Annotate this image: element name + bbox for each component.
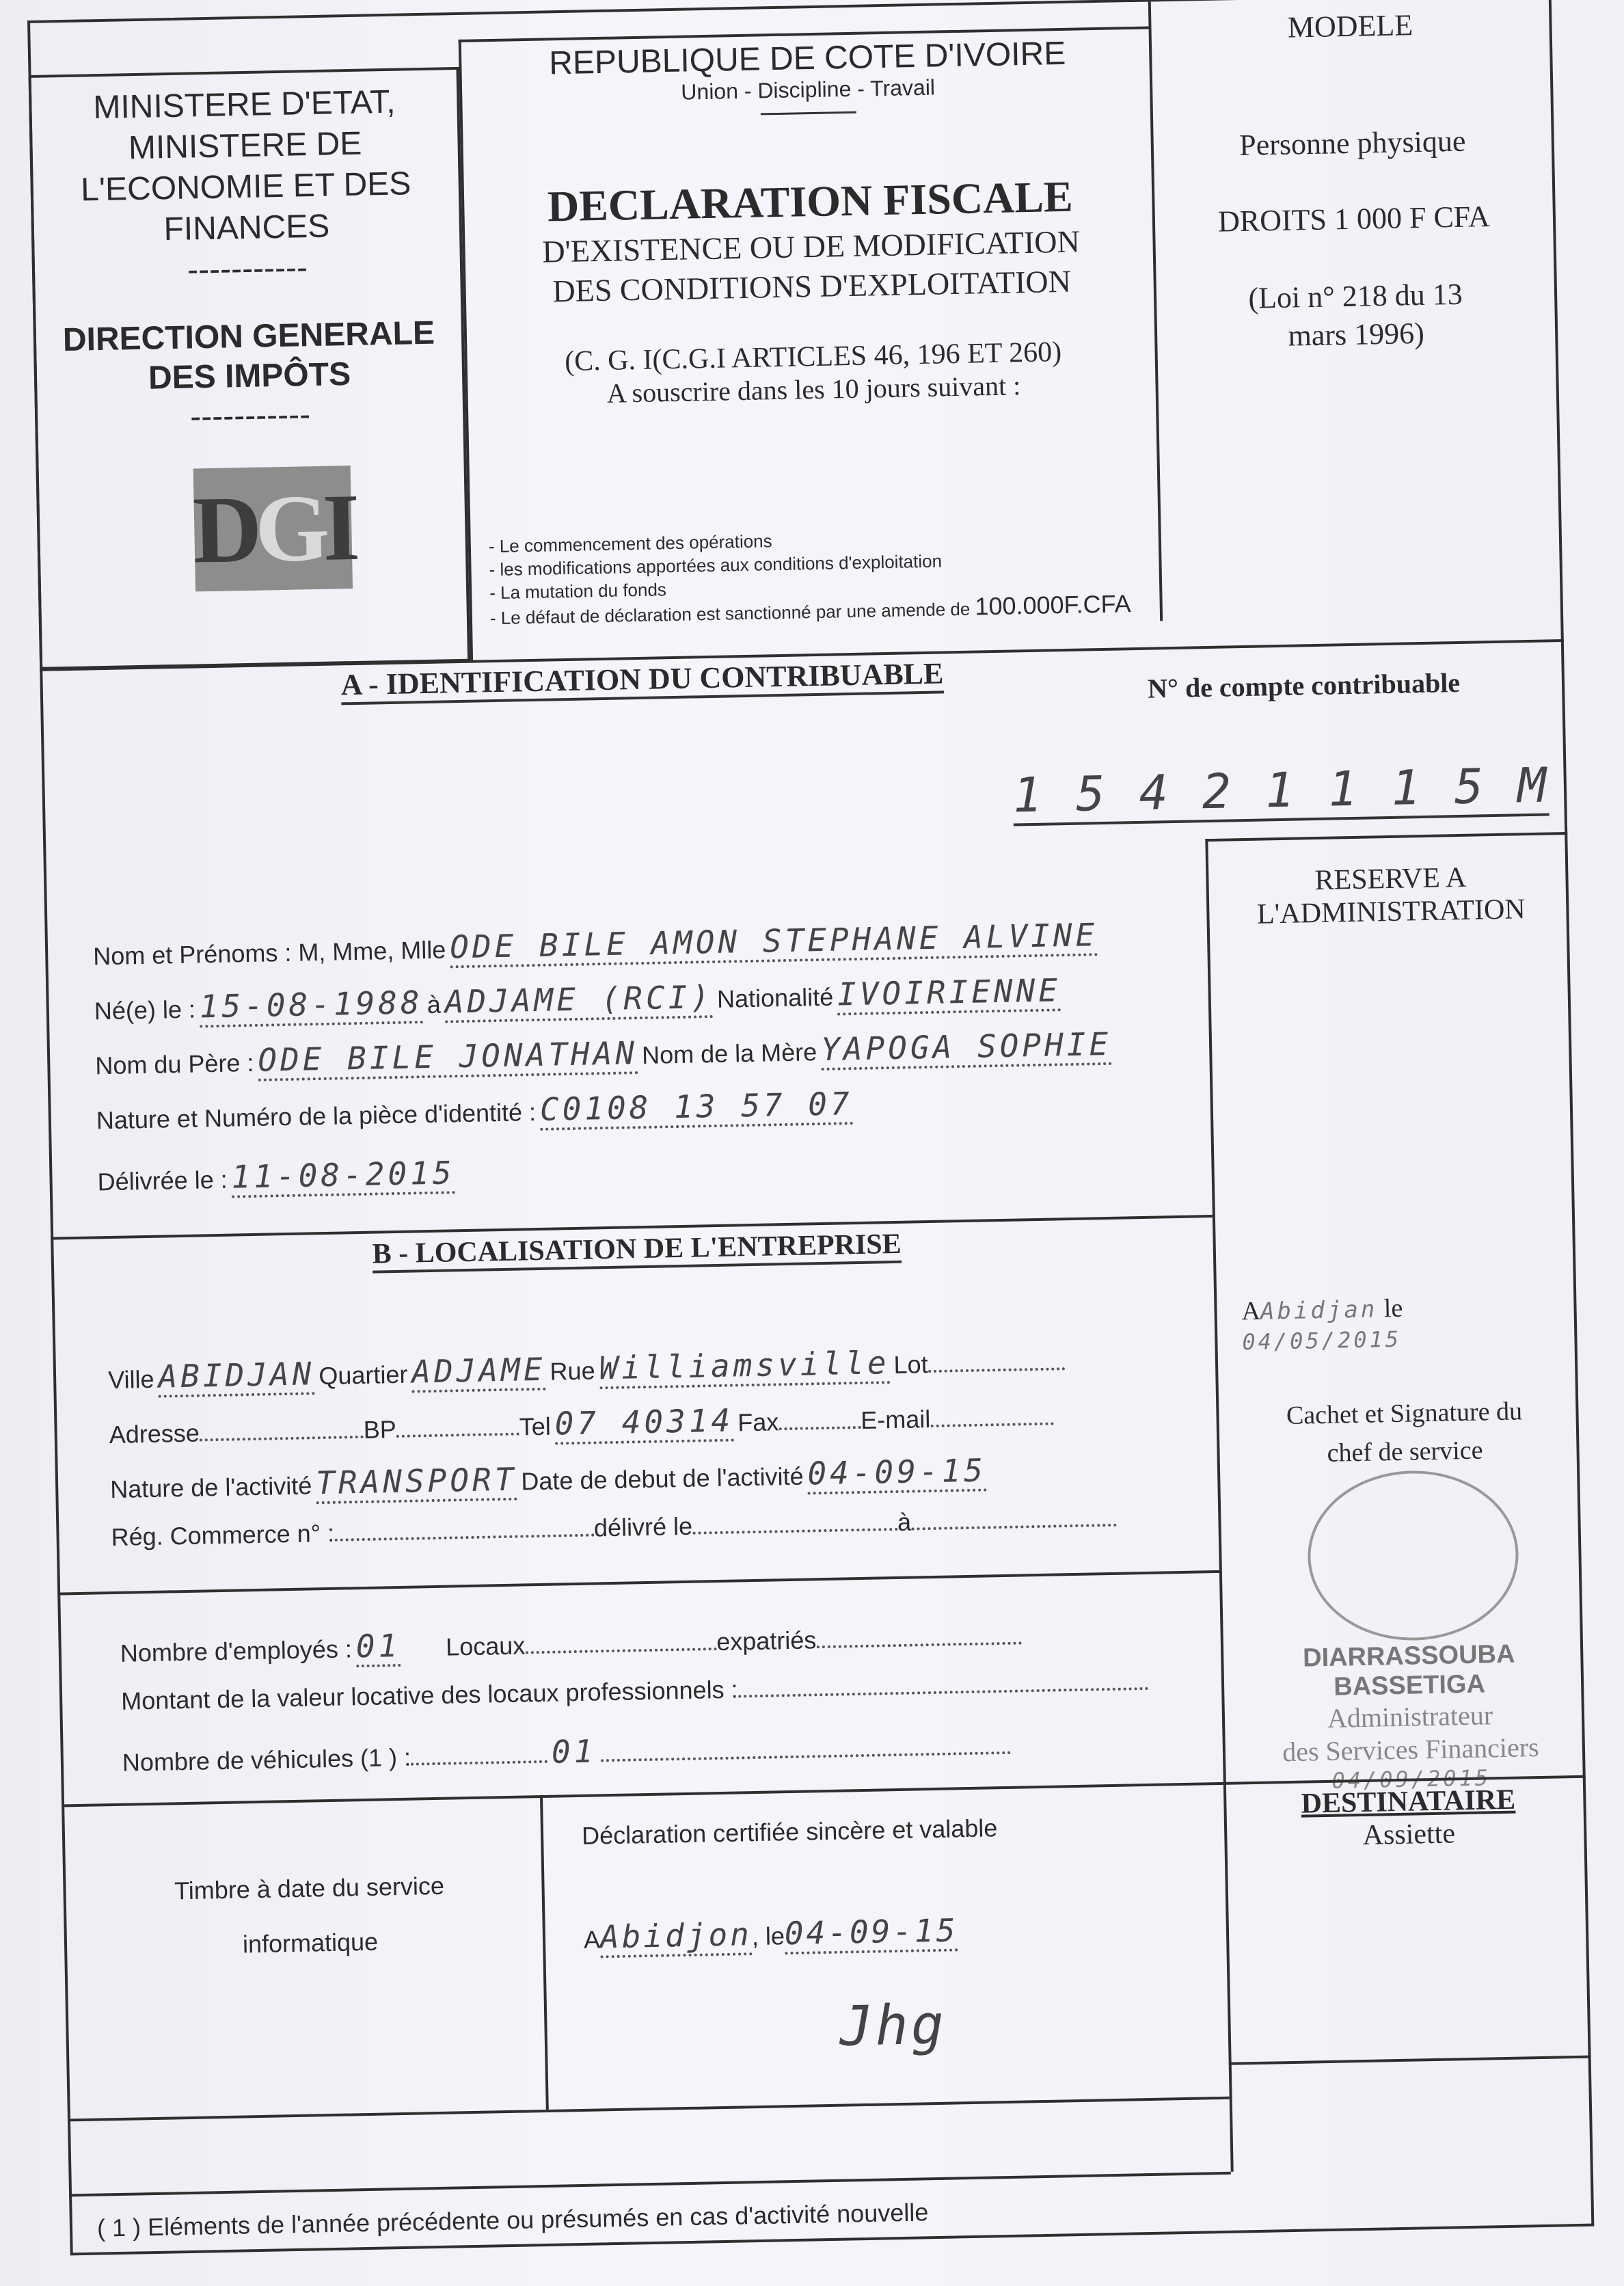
start-date-label: Date de debut de l'activité — [521, 1462, 804, 1496]
father-value[interactable]: ODE BILE JONATHAN — [258, 1034, 638, 1081]
ministry-name: MINISTERE D'ETAT, MINISTERE DE L'ECONOMI… — [42, 81, 450, 293]
stamp-title: des Services Financiers — [1250, 1730, 1572, 1769]
lot-label: Lot — [893, 1350, 928, 1379]
birthplace-value[interactable]: ADJAME (RCI) — [444, 978, 713, 1023]
recipient-box: DESTINATAIRE Assiette — [1230, 1782, 1587, 1855]
address-value[interactable] — [200, 1436, 364, 1442]
scanned-sheet: MINISTERE D'ETAT, MINISTERE DE L'ECONOMI… — [0, 0, 1624, 2286]
employees-value[interactable]: 01 — [355, 1627, 401, 1667]
register-at-label: à — [897, 1508, 912, 1536]
email-label: E-mail — [861, 1405, 931, 1434]
stamp-box: Timbre à date du service informatique — [90, 1857, 530, 1974]
account-number-label: N° de compte contribuable — [1148, 667, 1461, 705]
account-number-value: 1 5 4 2 1 1 1 5 M — [1012, 757, 1549, 826]
law-line: mars 1996) — [1161, 312, 1552, 358]
vehicles-label: Nombre de véhicules (1 ) : — [122, 1743, 411, 1777]
name-label: Nom et Prénoms : M, Mme, Mlle — [93, 935, 446, 970]
stamp-caption: Cachet et Signature du — [1243, 1391, 1565, 1436]
register-at-value[interactable] — [911, 1524, 1116, 1531]
admin-date-label: le — [1383, 1294, 1403, 1323]
expats-label: expatriés — [716, 1626, 817, 1656]
address-label: Adresse — [109, 1419, 200, 1449]
activity-value[interactable]: TRANSPORT — [316, 1461, 517, 1505]
admin-reserved-line: L'ADMINISTRATION — [1213, 892, 1569, 932]
form-title-block: DECLARATION FISCALE D'EXISTENCE OU DE MO… — [468, 170, 1156, 412]
republic-header: REPUBLIQUE DE COTE D'IVOIRE Union - Disc… — [465, 33, 1150, 121]
official-stamp — [1245, 1468, 1569, 1645]
certification-place-date[interactable]: AAbidjon, le04-09-15 — [583, 1907, 1199, 1959]
person-type: Personne physique — [1157, 122, 1547, 164]
stamp-circle-icon — [1306, 1469, 1520, 1643]
issued-label: Délivrée le : — [97, 1166, 228, 1196]
direction-line: DIRECTION GENERALE — [46, 313, 450, 360]
place-prefix: A — [584, 1925, 601, 1953]
tel-label: Tel — [519, 1412, 551, 1441]
separator: ----------- — [49, 392, 452, 440]
fee-amount: DROITS 1 000 F CFA — [1159, 198, 1549, 240]
register-issued-value[interactable] — [692, 1528, 897, 1535]
id-label: Nature et Numéro de la pièce d'identité … — [96, 1098, 537, 1134]
admin-place-value: Abidjan — [1260, 1295, 1378, 1325]
vehicles-value[interactable]: 01 — [551, 1732, 596, 1770]
dgi-logo: DGI — [193, 466, 353, 591]
born-value[interactable]: 15-08-1988 — [199, 984, 423, 1027]
admin-reserved: RESERVE A L'ADMINISTRATION — [1213, 859, 1569, 932]
register-issued-label: délivré le — [594, 1512, 693, 1542]
register-value[interactable] — [334, 1533, 594, 1541]
declaration-form: MINISTERE D'ETAT, MINISTERE DE L'ECONOMI… — [27, 0, 1601, 2262]
birthplace-label: à — [427, 991, 441, 1019]
issued-value[interactable]: 11-08-2015 — [231, 1154, 455, 1198]
start-date-value[interactable]: 04-09-15 — [807, 1451, 987, 1494]
activity-label: Nature de l'activité — [110, 1471, 312, 1503]
admin-place-prefix: A — [1241, 1297, 1260, 1326]
fax-label: Fax — [737, 1408, 779, 1436]
street-label: Rue — [550, 1356, 595, 1385]
issued-field[interactable]: Délivrée le :11-08-2015 — [97, 1154, 459, 1200]
mother-value[interactable]: YAPOGA SOPHIE — [821, 1025, 1112, 1071]
separator: ----------- — [46, 245, 450, 293]
stamp-box-line: informatique — [91, 1911, 529, 1974]
father-label: Nom du Père : — [95, 1049, 254, 1079]
model-box: MODELE Personne physique DROITS 1 000 F … — [1155, 5, 1552, 358]
date-label: , le — [751, 1922, 785, 1950]
fine-amount: 100.000F.CFA — [975, 589, 1131, 620]
bp-value[interactable] — [396, 1433, 519, 1438]
place-value[interactable]: Abidjon — [599, 1915, 752, 1958]
certification-box: Déclaration certifiée sincère et valable… — [582, 1810, 1202, 2063]
dotted-leader — [411, 1760, 547, 1766]
ministry-line: MINISTERE DE — [43, 122, 447, 170]
nationality-label: Nationalité — [717, 983, 834, 1013]
date-value[interactable]: 04-09-15 — [784, 1911, 958, 1954]
direction-name: DIRECTION GENERALE DES IMPÔTS ----------… — [46, 313, 452, 440]
stamp-box-line: Timbre à date du service — [90, 1857, 528, 1920]
dgi-logo-text: DGI — [192, 472, 355, 585]
lot-value[interactable] — [928, 1367, 1065, 1373]
district-value[interactable]: ADJAME — [411, 1351, 546, 1393]
conditions-list: - Le commencement des opérations - les m… — [489, 522, 1160, 630]
born-label: Né(e) le : — [94, 995, 195, 1025]
model-label: MODELE — [1155, 5, 1545, 47]
rent-value[interactable] — [738, 1687, 1148, 1698]
fax-value[interactable] — [779, 1426, 861, 1430]
tel-value[interactable]: 07 40314 — [554, 1402, 734, 1445]
employees-label: Nombre d'employés : — [120, 1635, 352, 1667]
declarant-signature: Jhg — [585, 1988, 1202, 2063]
district-label: Quartier — [319, 1360, 408, 1390]
bp-label: BP — [363, 1415, 396, 1444]
expats-value[interactable] — [816, 1642, 1021, 1649]
register-label: Rég. Commerce n° : — [111, 1519, 334, 1551]
premises-label: Locaux — [446, 1631, 526, 1660]
city-value[interactable]: ABIDJAN — [158, 1355, 315, 1397]
ministry-line: MINISTERE D'ETAT, — [42, 81, 446, 129]
ministry-line: L'ECONOMIE ET DES — [44, 163, 448, 211]
admin-date-value: 04/05/2015 — [1242, 1326, 1401, 1355]
ministry-line: FINANCES — [44, 204, 448, 252]
law-reference: (Loi n° 218 du 13 mars 1996) — [1161, 273, 1552, 358]
stamp-name: DIARRASSOUBA BASSETIGA — [1248, 1639, 1571, 1704]
nationality-value[interactable]: IVOIRIENNE — [837, 971, 1061, 1015]
street-value[interactable]: Williamsville — [599, 1344, 890, 1389]
mother-label: Nom de la Mère — [642, 1038, 817, 1069]
stamp-caption: chef de service — [1244, 1429, 1566, 1474]
city-label: Ville — [108, 1365, 154, 1394]
recipient-value: Assiette — [1231, 1815, 1587, 1855]
dotted-leader — [601, 1751, 1011, 1762]
id-value[interactable]: C0108 13 57 07 — [539, 1085, 853, 1131]
premises-value[interactable] — [525, 1648, 716, 1654]
email-value[interactable] — [930, 1423, 1053, 1427]
admin-visa: AAbidjan le 04/05/2015 Cachet et Signatu… — [1241, 1290, 1572, 1795]
